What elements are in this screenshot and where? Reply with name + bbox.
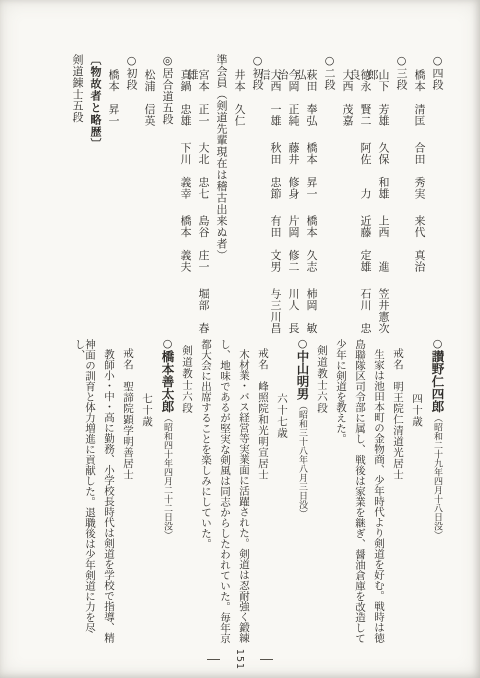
name-column: 宮本 正一 大北 忠七 島谷 庄一 堀部 春雄 bbox=[198, 54, 209, 336]
biography-line: し、地味であるが堅実な剣風は同志からしたわれていた。毎年京 bbox=[220, 333, 231, 653]
obituary-name-line: ○橋本善太郎（昭和四十年四月二十二日没） bbox=[161, 333, 174, 653]
member-name: 大北 忠七 bbox=[197, 142, 210, 200]
rank-header-yondan: ○四段 bbox=[432, 54, 443, 336]
death-date: （昭和三十八年八月三日没） bbox=[297, 401, 307, 518]
member-name: 下川 義幸 bbox=[179, 142, 192, 200]
member-name: 片岡 修二 bbox=[287, 215, 300, 273]
kaimyo-line: 戒名 明王院仁清道光居士 bbox=[393, 333, 404, 653]
obituary-name-line: ○讃野仁四郎（昭和二十九年四月十八日没） bbox=[431, 333, 444, 653]
member-name: 大西 茂嘉 bbox=[341, 69, 354, 127]
biography-line: 都大会に出席することを楽しみにしていた。 bbox=[201, 333, 212, 653]
member-name: 橋本 清匡 bbox=[413, 69, 426, 127]
deceased-marker: ○ bbox=[161, 337, 174, 350]
deceased-marker: ○ bbox=[296, 337, 309, 350]
rank-header-iaido: ◎居合道五段 bbox=[162, 54, 173, 336]
name-column: 大西 一雄 秋田 忠節 有田 文男 与三川昌信 bbox=[270, 54, 281, 336]
death-date: （昭和二十九年四月十八日没） bbox=[432, 414, 442, 540]
death-date: （昭和四十年四月二十二日没） bbox=[162, 414, 172, 540]
age-label: 六十七歳 bbox=[277, 333, 288, 653]
kaimyo-line: 戒名 聖諦院顕学明善居士 bbox=[123, 333, 134, 653]
deceased-name: 讃野仁四郎 bbox=[430, 350, 445, 413]
name-column: 萩田 奉弘 橋本 昇一 橋本 久志 柿岡 敏弘 bbox=[306, 54, 317, 336]
member-name: 橋本 義夫 bbox=[179, 215, 192, 273]
rank-header-shodan: ○初段 bbox=[252, 54, 263, 336]
member-name: 久保 和雄 bbox=[377, 142, 390, 200]
member-name: 橋本 昇一 bbox=[305, 142, 318, 200]
name-column: 大西 茂嘉 bbox=[342, 54, 353, 336]
name-column: 徳永 賢二 阿佐 力 近藤 定雄 石川 忠良 bbox=[360, 54, 371, 336]
deceased-marker: ○ bbox=[431, 337, 444, 350]
name-column: 橋本 昇一 bbox=[108, 54, 119, 336]
scanned-book-page: ○四段 橋本 清匡 合田 秀実 来代 真治 ○三段 山下 芳雄 久保 和雄 上西… bbox=[0, 0, 480, 678]
kaimyo-line: 戒名 峰照院和光明宣居士 bbox=[258, 333, 269, 653]
page-footer: 151 bbox=[0, 654, 480, 665]
member-name: 橋本 久志 bbox=[305, 215, 318, 273]
member-name: 松浦 信英 bbox=[143, 69, 156, 127]
name-column: 井本 久仁 bbox=[234, 54, 245, 336]
age-label: 七十歳 bbox=[142, 333, 153, 653]
rank-header-nidan: ○二段 bbox=[324, 54, 335, 336]
member-name: 上西 進 bbox=[377, 215, 390, 273]
member-name: 真鍋 忠雄 bbox=[179, 69, 192, 127]
biography-line: 少年に剣道を教えた。 bbox=[336, 333, 347, 653]
member-name: 来代 真治 bbox=[413, 215, 426, 273]
age-label: 四十歳 bbox=[412, 333, 423, 653]
obituary-rank: 剣道教士六段 bbox=[182, 333, 193, 653]
page-number: 151 bbox=[234, 649, 245, 670]
rank-header-shodan-b: ○初段 bbox=[126, 54, 137, 336]
name-column: 松浦 信英 bbox=[144, 54, 155, 336]
rank-header-sandan: ○三段 bbox=[396, 54, 407, 336]
obituary-section: ○讃野仁四郎（昭和二十九年四月十八日没） 四十歳 戒名 明王院仁清道光居士 生家… bbox=[66, 333, 444, 653]
name-column: 橋本 清匡 合田 秀実 来代 真治 bbox=[414, 54, 425, 336]
obituary-rank: 剣道錬士五段 bbox=[72, 54, 83, 336]
footer-dash bbox=[260, 659, 273, 660]
name-column: 今岡 正純 藤井 修身 片岡 修二 川人 長治 bbox=[288, 54, 299, 336]
member-name: 井本 久仁 bbox=[233, 69, 246, 127]
member-name: 合田 秀実 bbox=[413, 142, 426, 200]
member-name: 島谷 庄一 bbox=[197, 215, 210, 273]
deceased-name: 橋本善太郎 bbox=[160, 350, 175, 413]
biography-line: 生家は池田本町の金物商、少年時代より剣道を好む。戦時は徳 bbox=[374, 333, 385, 653]
biography-line: 神面の訓育と体力増進に貢献した。退職後は少年剣道に力を尽し、 bbox=[74, 333, 95, 653]
obituary-rank: 剣道教士六段 bbox=[317, 333, 328, 653]
biography-line: 木材業・バス経営等実業面に活躍された。剣道は忍耐強く鍛練 bbox=[239, 333, 250, 653]
member-name: 阿佐 力 bbox=[359, 142, 372, 200]
member-name: 有田 文男 bbox=[269, 215, 282, 273]
footer-dash bbox=[207, 659, 220, 660]
member-name: 近藤 定雄 bbox=[359, 215, 372, 273]
associate-note: 準会員（剣道先輩現在は稽古出来ぬ者） bbox=[216, 54, 227, 336]
name-column: 山下 芳雄 久保 和雄 上西 進 笠井憲次郎 bbox=[378, 54, 389, 336]
biography-line: 島聯隊区司令部に属し、戦後は家業を継ぎ、醤油倉庫を改造して bbox=[355, 333, 366, 653]
member-name: 橋本 昇一 bbox=[107, 69, 120, 127]
deceased-name: 中山明男 bbox=[295, 350, 310, 400]
name-column: 真鍋 忠雄 下川 義幸 橋本 義夫 bbox=[180, 54, 191, 336]
member-name: 秋田 忠節 bbox=[269, 142, 282, 200]
member-name: 藤井 修身 bbox=[287, 142, 300, 200]
obituary-name-line: ○中山明男（昭和三十八年八月三日没） bbox=[296, 333, 309, 653]
biography-line: 教師小・中・高に勤務、小学校長時代は剣道を学校で指導、精 bbox=[104, 333, 115, 653]
rank-roster: ○四段 橋本 清匡 合田 秀実 来代 真治 ○三段 山下 芳雄 久保 和雄 上西… bbox=[65, 54, 443, 336]
section-heading-obituaries: 〔物故者と略歴〕 bbox=[90, 54, 101, 336]
